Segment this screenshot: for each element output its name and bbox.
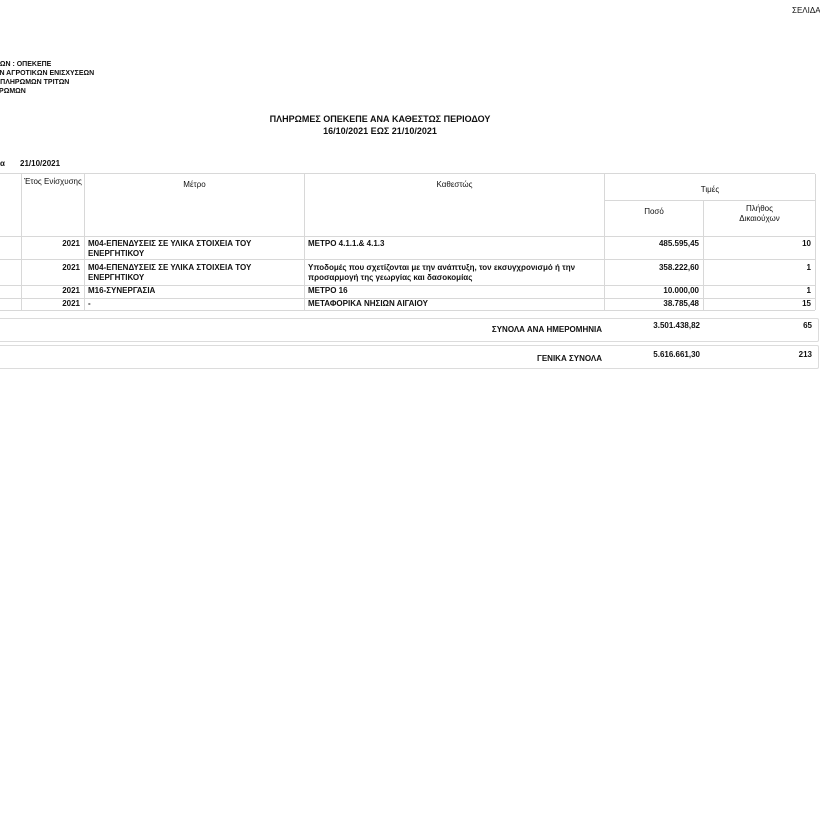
row-amount: 10.000,00 xyxy=(605,286,699,296)
row-year: 2021 xyxy=(22,239,80,249)
header-beneficiaries: Πλήθος Δικαιούχων xyxy=(704,204,815,224)
date-totals-beneficiaries: 65 xyxy=(705,321,812,331)
report-title: ΠΛΗΡΩΜΕΣ ΟΠΕΚΕΠΕ ΑΝΑ ΚΑΘΕΣΤΩΣ ΠΕΡΙΟΔΟΥ xyxy=(0,114,760,124)
row-year: 2021 xyxy=(22,299,80,309)
org-line-2: ΟΝ ΑΓΡΟΤΙΚΩΝ ΕΝΙΣΧΥΣΕΩΝ xyxy=(0,69,94,78)
header-values: Τιμές xyxy=(605,185,815,195)
row-amount: 38.785,48 xyxy=(605,299,699,309)
row-beneficiaries: 10 xyxy=(704,239,811,249)
row-regime: Υποδομές που σχετίζονται με την ανάπτυξη… xyxy=(308,263,603,283)
row-amount: 485.595,45 xyxy=(605,239,699,249)
row-measure: Μ04-ΕΠΕΝΔΥΣΕΙΣ ΣΕ ΥΛΙΚΑ ΣΤΟΙΧΕΙΑ ΤΟΥ ΕΝΕ… xyxy=(88,263,288,283)
date-totals-label: ΣΥΝΟΛΑ ΑΝΑ ΗΜΕΡΟΜΗΝΙΑ xyxy=(0,325,602,335)
page-label: ΣΕΛΙΔΑ xyxy=(792,6,820,15)
row-measure: - xyxy=(88,299,288,309)
row-year: 2021 xyxy=(22,263,80,273)
row-beneficiaries: 15 xyxy=(704,299,811,309)
grand-totals-amount: 5.616.661,30 xyxy=(606,350,700,360)
grand-totals-label: ΓΕΝΙΚΑ ΣΥΝΟΛΑ xyxy=(0,354,602,364)
row-beneficiaries: 1 xyxy=(704,286,811,296)
row-year: 2021 xyxy=(22,286,80,296)
row-regime: ΜΕΤΑΦΟΡΙΚΑ ΝΗΣΙΩΝ ΑΙΓΑΙΟΥ xyxy=(308,299,603,309)
date-totals-amount: 3.501.438,82 xyxy=(606,321,700,331)
header-amount: Ποσό xyxy=(605,207,703,217)
header-year: Έτος Ενίσχυσης xyxy=(22,177,84,187)
row-beneficiaries: 1 xyxy=(704,263,811,273)
header-regime: Καθεστώς xyxy=(305,180,604,190)
row-amount: 358.222,60 xyxy=(605,263,699,273)
grand-totals-beneficiaries: 213 xyxy=(705,350,812,360)
date-label: α xyxy=(0,159,5,168)
header-measure: Μέτρο xyxy=(85,180,304,190)
report-period: 16/10/2021 ΕΩΣ 21/10/2021 xyxy=(0,126,760,136)
grand-totals-row: ΓΕΝΙΚΑ ΣΥΝΟΛΑ 5.616.661,30 213 xyxy=(0,345,819,369)
org-line-1: ΜΩΝ : ΟΠΕΚΕΠΕ xyxy=(0,60,51,69)
date-value: 21/10/2021 xyxy=(20,159,60,168)
org-line-3: Γ ΠΛΗΡΩΜΩΝ ΤΡΙΤΩΝ xyxy=(0,78,69,87)
row-measure: Μ04-ΕΠΕΝΔΥΣΕΙΣ ΣΕ ΥΛΙΚΑ ΣΤΟΙΧΕΙΑ ΤΟΥ ΕΝΕ… xyxy=(88,239,288,259)
org-line-4: ΗΡΩΜΩΝ xyxy=(0,87,26,96)
row-regime: ΜΕΤΡΟ 4.1.1.& 4.1.3 xyxy=(308,239,603,249)
date-totals-row: ΣΥΝΟΛΑ ΑΝΑ ΗΜΕΡΟΜΗΝΙΑ 3.501.438,82 65 xyxy=(0,318,819,342)
row-regime: ΜΕΤΡΟ 16 xyxy=(308,286,603,296)
row-measure: Μ16-ΣΥΝΕΡΓΑΣΙΑ xyxy=(88,286,288,296)
